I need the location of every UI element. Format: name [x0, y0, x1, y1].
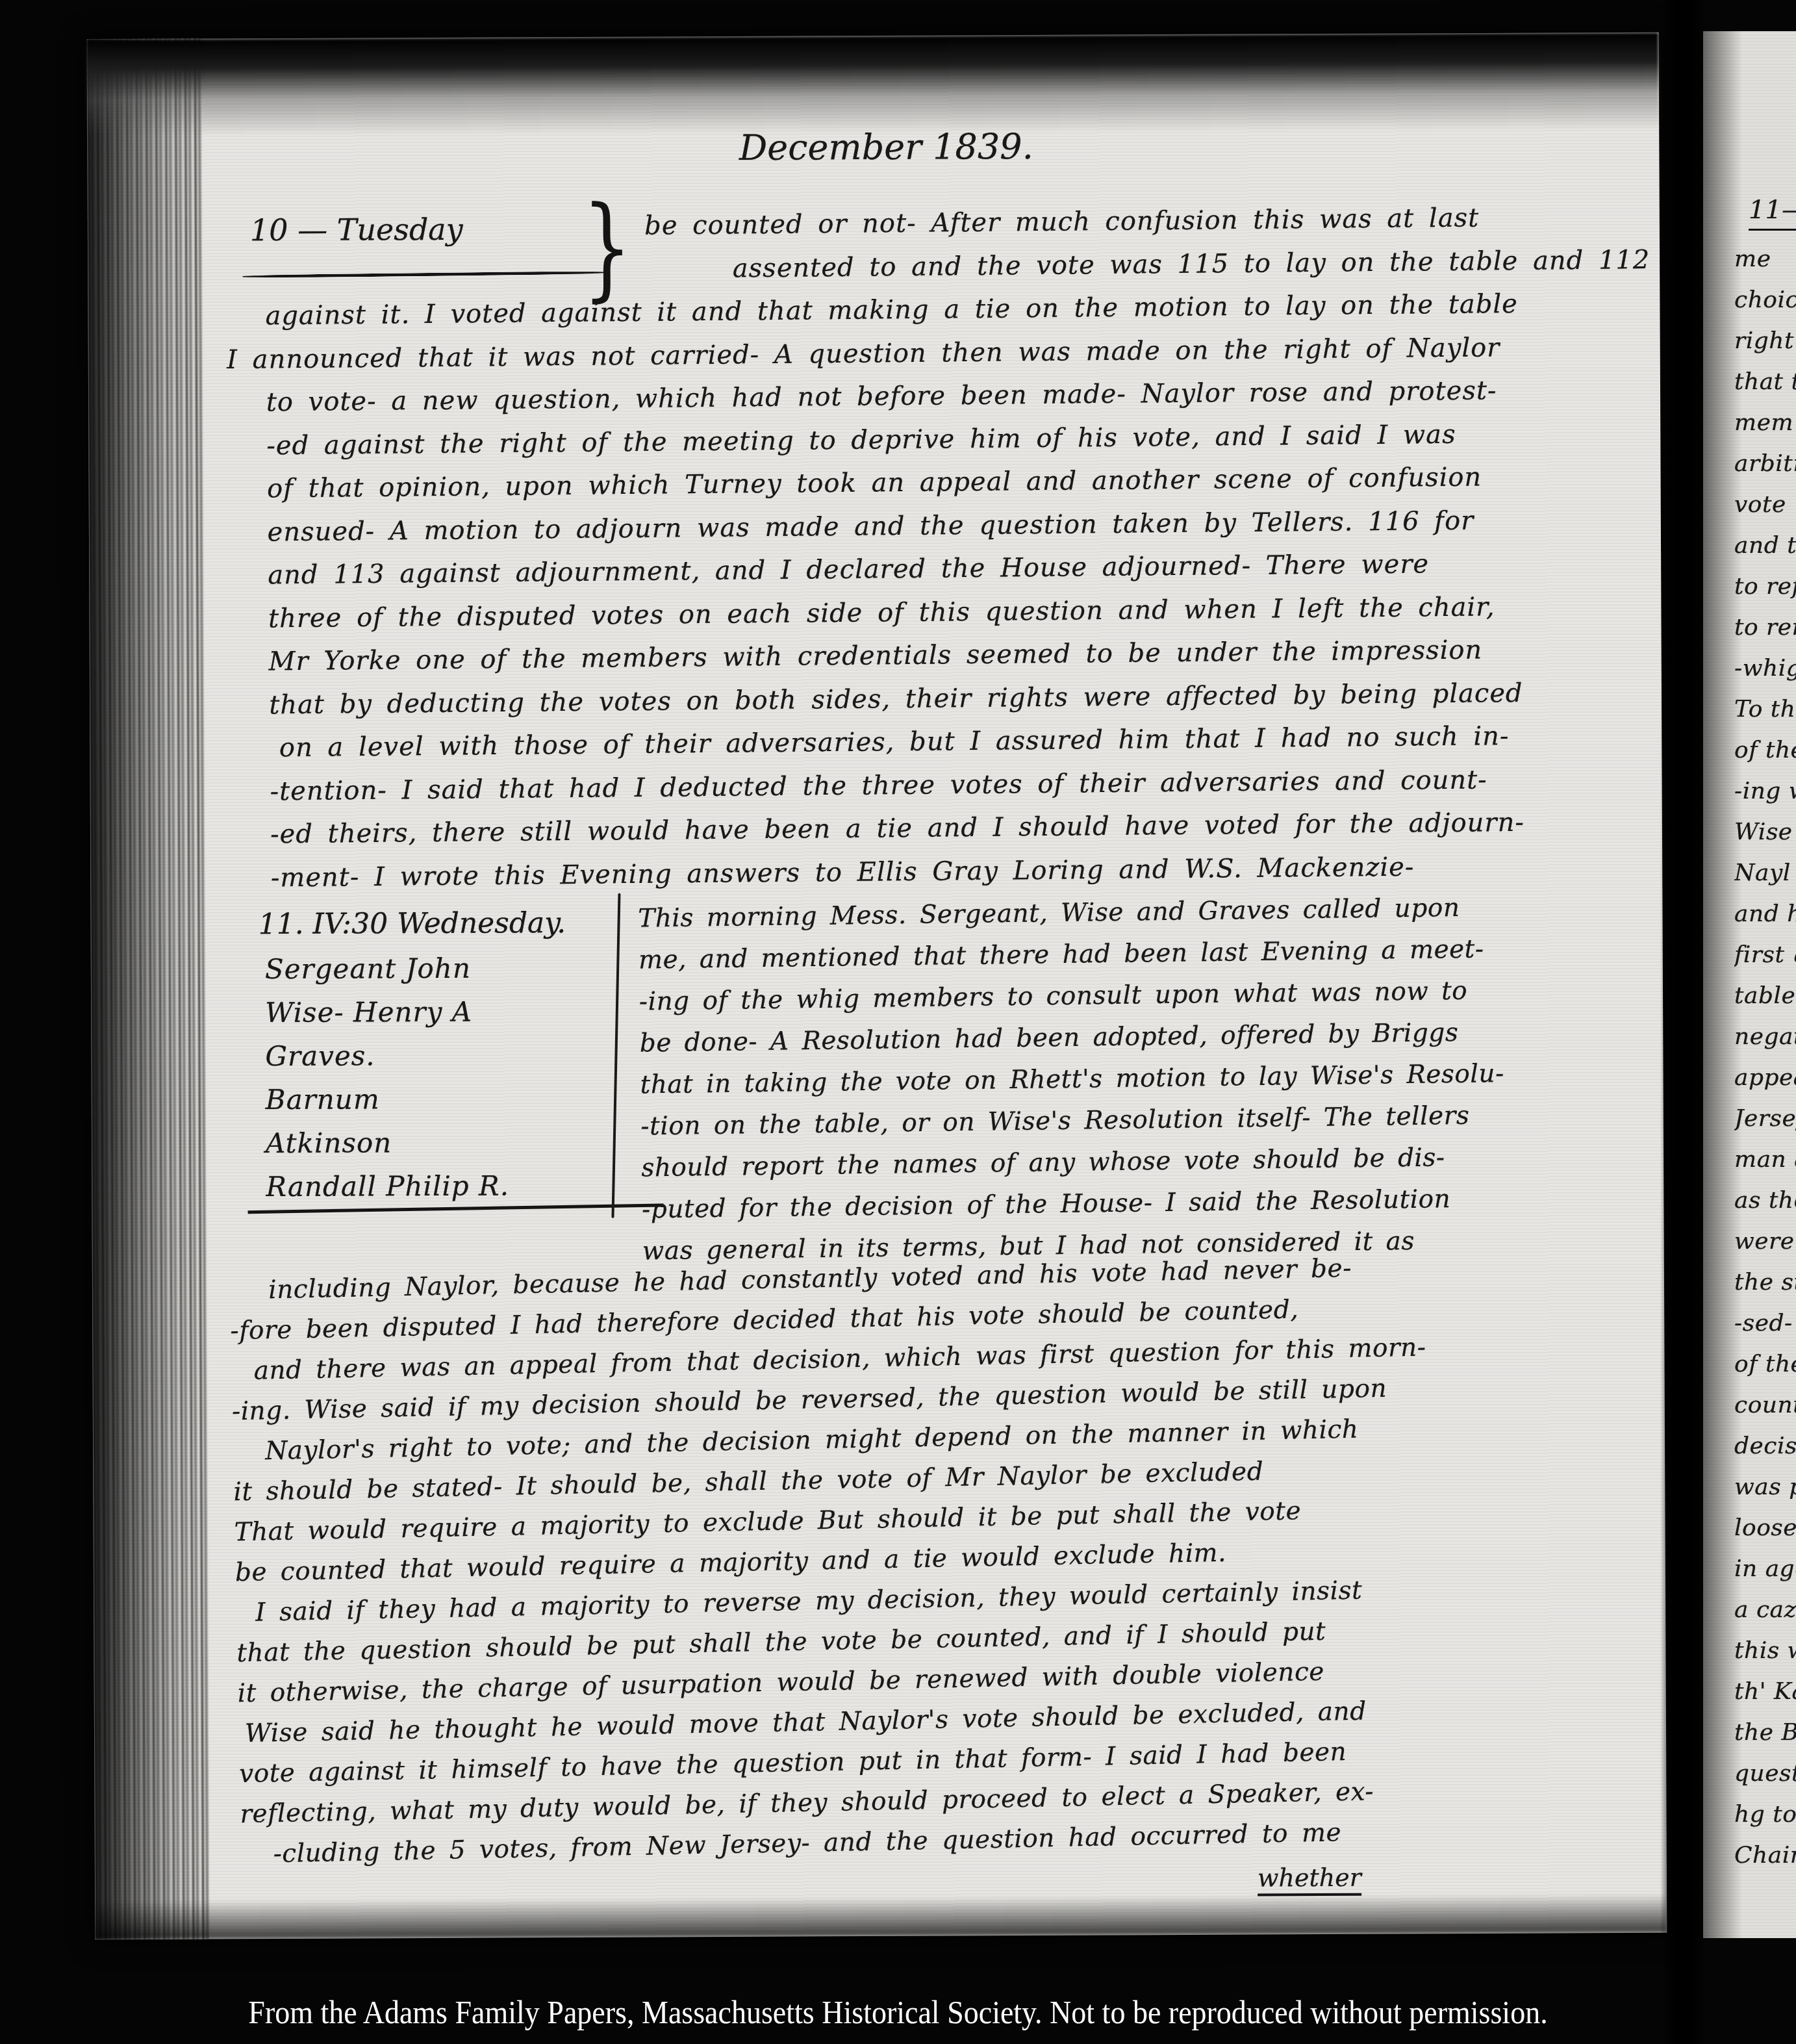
- next-page-fragment: -ing wa: [1734, 778, 1796, 819]
- next-page-fragment: decisio: [1734, 1433, 1796, 1474]
- next-page-fragment: appeal: [1734, 1064, 1796, 1105]
- next-page-fragment: the Bri: [1734, 1719, 1796, 1760]
- next-page-fragment: -whig: [1734, 655, 1796, 696]
- next-page-fragment: questi: [1734, 1760, 1796, 1801]
- next-page-fragment: loosen: [1734, 1514, 1796, 1555]
- next-page-fragment: hg to: [1734, 1801, 1796, 1842]
- next-page-fragment: this w: [1734, 1637, 1796, 1678]
- margin-name: Atkinson: [266, 1126, 629, 1171]
- next-page-fragment: that t: [1734, 368, 1796, 409]
- next-page-fragment: Chair: [1734, 1842, 1796, 1883]
- next-page-fragment: to rem: [1734, 614, 1796, 655]
- next-page-fragment: as the: [1734, 1187, 1796, 1228]
- next-page-fragment: table u: [1734, 982, 1796, 1023]
- diary-page: December 1839. 10 — Tuesday } be counted…: [87, 32, 1667, 1940]
- margin-visitor-names: Sergeant JohnWise- Henry AGraves.BarnumA…: [265, 952, 630, 1214]
- credit-line: From the Adams Family Papers, Massachuse…: [72, 1993, 1725, 2031]
- next-page-fragment: me: [1734, 246, 1796, 287]
- next-page-fragment: to refu: [1734, 573, 1796, 614]
- next-page-fragment: was pa: [1734, 1474, 1796, 1514]
- next-page-fragment: of the: [1734, 1351, 1796, 1392]
- next-page-fragment: mem: [1734, 409, 1796, 450]
- next-page-fragment: and t: [1734, 532, 1796, 573]
- next-page-fragment: Nayl: [1734, 860, 1796, 901]
- next-page-fragment: arbitr: [1734, 450, 1796, 491]
- next-page-fragment: the stil: [1734, 1269, 1796, 1310]
- next-page-fragment: To that: [1734, 696, 1796, 737]
- next-page-fragment: vote: [1734, 491, 1796, 532]
- next-page-fragment: th' Ka: [1734, 1678, 1796, 1719]
- next-page-fragment: counte: [1734, 1392, 1796, 1433]
- next-page-fragment: right: [1734, 327, 1796, 368]
- page-gutter: [1660, 0, 1704, 2044]
- next-page-text-fragments: mechoicrightthat tmemarbitrvoteand tto r…: [1734, 246, 1796, 1883]
- next-page-fragment: and h: [1734, 901, 1796, 941]
- next-page-fragment: of the W: [1734, 737, 1796, 778]
- next-page-fragment: Wise m: [1734, 819, 1796, 860]
- next-page-fragment: in agon: [1734, 1555, 1796, 1596]
- page-top-shadow: [87, 32, 1660, 137]
- microfilm-scan: December 1839. 10 — Tuesday } be counted…: [0, 0, 1796, 2044]
- catchword: whether: [1258, 1863, 1361, 1897]
- dec10-text-block: be counted or not- After much confusion …: [190, 201, 1671, 907]
- next-page-fragment: were a: [1734, 1228, 1796, 1269]
- next-page-sliver: 11— mechoicrightthat tmemarbitrvoteand t…: [1703, 31, 1796, 1938]
- margin-name: Barnum: [266, 1082, 629, 1127]
- entry-date-dec11: 11. IV:30 Wednesday.: [258, 906, 566, 941]
- margin-name: Wise- Henry A: [265, 995, 629, 1040]
- margin-name: Sergeant John: [265, 952, 629, 997]
- next-page-fragment: -sed-: [1734, 1310, 1796, 1351]
- next-page-fragment: negativ: [1734, 1023, 1796, 1064]
- page-bottom-shadow: [95, 1894, 1667, 1940]
- next-page-fragment: man a: [1734, 1146, 1796, 1187]
- next-page-date: 11—: [1749, 195, 1796, 231]
- next-page-fragment: a caze: [1734, 1596, 1796, 1637]
- next-page-fragment: first qu: [1734, 941, 1796, 982]
- next-page-fragment: choic: [1734, 287, 1796, 327]
- dec11-hanging-text-block: This morning Mess. Sergeant, Wise and Gr…: [638, 891, 1669, 1279]
- margin-name: Graves.: [265, 1039, 629, 1084]
- dec11-full-text-block: including Naylor, because he had constan…: [190, 1247, 1683, 1882]
- next-page-fragment: Jersey: [1734, 1105, 1796, 1146]
- month-header: December 1839.: [724, 126, 1048, 168]
